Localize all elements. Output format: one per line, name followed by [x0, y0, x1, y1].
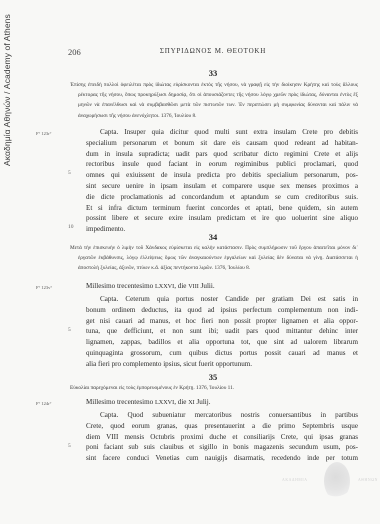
academy-watermark: ΑΚΑΔΗΜΙΑ ΑΘΗΝΩΝ: [282, 462, 380, 502]
text-line: specialium personarum et bonum sit dare …: [86, 138, 358, 149]
text-line: Capta. Ceterum quia portus noster Candid…: [86, 294, 358, 305]
dateline-year: LXXVI: [155, 283, 174, 290]
document-35-body: Capta. Quod subueniatur mercatoribus nos…: [86, 410, 358, 464]
text-line: possint libere et secure exire insulam p…: [86, 213, 358, 224]
dateline-day: XI: [188, 399, 195, 406]
text-line: alia fieri pro complemento ipsius, sicut…: [86, 359, 358, 370]
dateline-mid: , die: [174, 398, 186, 406]
text-line: lignamen, zappas, badillos et alia oppor…: [86, 337, 358, 348]
text-line: bonum ordinem deductus, ita quod ad ipsi…: [86, 305, 358, 316]
athena-head-icon: [324, 462, 350, 500]
text-line: Capta. Quod subueniatur mercatoribus nos…: [86, 410, 358, 421]
summary-text: Μετὰ τὴν ἐπισκευὴν ὁ λιμὴν τοῦ Χάνδακος …: [70, 245, 358, 271]
text-line: dum in insula supradicta; uadit pars quo…: [86, 149, 358, 160]
text-line: tuna, que defficiunt, et non sunt ibi; u…: [86, 326, 358, 337]
dateline: Millesimo trecentesimo LXXVI, die VIII J…: [86, 282, 215, 290]
dateline-suffix: Julii.: [201, 282, 215, 290]
text-line: die dicte proclamationis ad concordandum…: [86, 192, 358, 203]
document-33-summary: Ἐπίσης ἐπειδὴ πολλοὶ ὀφειλέται πρὸς ἰδιώ…: [70, 80, 358, 121]
text-line: quinquaginta grossorum, cum quibus dictu…: [86, 348, 358, 359]
line-number: 5: [68, 170, 71, 176]
document-34-summary: Μετὰ τὴν ἐπισκευὴν ὁ λιμὴν τοῦ Χάνδακος …: [70, 243, 358, 274]
dateline-day: VIII: [188, 283, 199, 290]
document-number-33: 33: [68, 68, 358, 78]
text-line: omnes qui exiuissent de insula predicta …: [86, 170, 358, 181]
dateline: Millesimo trecentesimo LXXVI, die XI Jul…: [86, 398, 211, 406]
text-line: get nisi cauari ad manus, et hoc fieri n…: [86, 316, 358, 327]
archive-stamp-text: Ακαδημία Αθηνών / Academy of Athens: [2, 14, 12, 166]
archive-stamp: Ακαδημία Αθηνών / Academy of Athens: [2, 6, 18, 166]
watermark-text-right: ΑΘΗΝΩΝ: [358, 478, 378, 482]
line-number: 5: [68, 443, 71, 449]
text-line: Et si infra dictum terminum fuerint conc…: [86, 203, 358, 214]
document-35-summary: Εὐκολίαι παρεχόμεναι εἰς τοὺς ἐμπορευομέ…: [70, 383, 358, 393]
summary-text: Ἐπίσης ἐπειδὴ πολλοὶ ὀφειλέται πρὸς ἰδιώ…: [70, 82, 358, 119]
dateline-prefix: Millesimo trecentesimo: [86, 398, 153, 406]
dateline-suffix: Julij.: [197, 398, 211, 406]
document-34-body: Capta. Ceterum quia portus noster Candid…: [86, 294, 358, 370]
document-number-34: 34: [68, 232, 358, 242]
line-number: 10: [68, 224, 74, 230]
document-number-35: 35: [68, 372, 358, 382]
text-line: sint secure uenire in ipsam insulam et c…: [86, 181, 358, 192]
text-line: poni faciant sub suis clauibus et sigill…: [86, 442, 358, 453]
document-page: Ακαδημία Αθηνών / Academy of Athens 206 …: [0, 0, 380, 524]
running-head-title: ΣΠΥΡΙΔΩΝΟΣ Μ. ΘΕΟΤΟΚΗ: [68, 47, 358, 55]
document-33-body: Capta. Insuper quia dicitur quod multi s…: [86, 127, 358, 235]
line-number: 5: [68, 327, 71, 333]
dateline-prefix: Millesimo trecentesimo: [86, 282, 153, 290]
watermark-text-left: ΑΚΑΔΗΜΙΑ: [282, 478, 308, 482]
dateline-mid: , die: [174, 282, 186, 290]
summary-text: Εὐκολίαι παρεχόμεναι εἰς τοὺς ἐμπορευομέ…: [70, 385, 234, 391]
dateline-year: LXXVI: [155, 399, 174, 406]
text-line: Capta. Insuper quia dicitur quod multi s…: [86, 127, 358, 138]
folio-reference: F° 123v°: [36, 285, 52, 290]
text-line: Crete, quod eorum granas, quas presentau…: [86, 421, 358, 432]
folio-reference: F° 124r°: [36, 401, 51, 406]
folio-reference: F° 123r°: [36, 131, 51, 136]
running-head: 206 ΣΠΥΡΙΔΩΝΟΣ Μ. ΘΕΟΤΟΚΗ: [68, 47, 358, 59]
text-line: diem VIII mensis Octubris proximi duche …: [86, 432, 358, 443]
text-line: rectoribus insule quod faciant in eorum …: [86, 159, 358, 170]
